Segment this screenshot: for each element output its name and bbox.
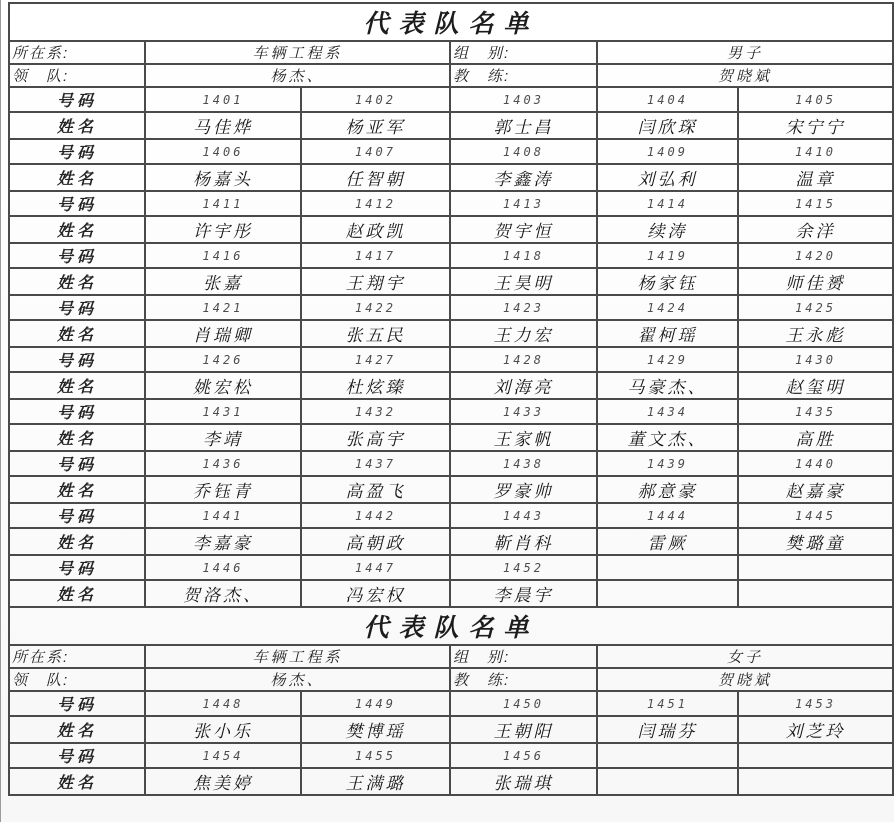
row-label-name: 姓名 xyxy=(9,216,145,243)
number-cell: 1434 xyxy=(597,399,738,424)
number-cell: 1413 xyxy=(450,191,597,216)
name-cell: 李鑫涛 xyxy=(450,164,597,191)
row-label-name: 姓名 xyxy=(9,528,145,555)
number-cell: 1456 xyxy=(450,743,597,768)
name-row: 姓名许宇彤赵政凯贺宇恒续涛余洋 xyxy=(9,216,893,243)
number-cell: 1419 xyxy=(597,243,738,268)
coach-value: 贺晓斌 xyxy=(597,64,893,87)
name-cell: 王永彪 xyxy=(738,320,893,347)
row-label-number: 号码 xyxy=(9,743,145,768)
group-label: 组 别: xyxy=(450,645,597,668)
name-row: 姓名李靖张高宇王家帆董文杰、高胜 xyxy=(9,424,893,451)
name-cell: 刘海亮 xyxy=(450,372,597,399)
number-cell: 1450 xyxy=(450,691,597,716)
number-cell: 1449 xyxy=(301,691,450,716)
name-cell: 王家帆 xyxy=(450,424,597,451)
roster-table-women: 代表队名单 所在系: 车辆工程系 组 别: 女子 领 队: 杨杰、 教 练: 贺… xyxy=(8,606,894,796)
dept-group-row: 所在系: 车辆工程系 组 别: 女子 xyxy=(9,645,893,668)
dept-group-row: 所在系: 车辆工程系 组 别: 男子 xyxy=(9,41,893,64)
name-cell xyxy=(597,580,738,607)
number-cell xyxy=(597,743,738,768)
number-row: 号码14261427142814291430 xyxy=(9,347,893,372)
row-label-number: 号码 xyxy=(9,691,145,716)
name-cell: 雷厥 xyxy=(597,528,738,555)
number-cell: 1403 xyxy=(450,87,597,112)
number-cell: 1414 xyxy=(597,191,738,216)
name-cell: 王满璐 xyxy=(301,768,450,795)
name-cell: 贺宇恒 xyxy=(450,216,597,243)
name-cell: 肖瑞卿 xyxy=(145,320,301,347)
number-cell: 1420 xyxy=(738,243,893,268)
name-cell: 冯宏权 xyxy=(301,580,450,607)
name-row: 姓名焦美婷王满璐张瑞琪 xyxy=(9,768,893,795)
leader-coach-row: 领 队: 杨杰、 教 练: 贺晓斌 xyxy=(9,668,893,691)
name-cell: 李晨宇 xyxy=(450,580,597,607)
number-cell: 1422 xyxy=(301,295,450,320)
row-label-number: 号码 xyxy=(9,451,145,476)
name-row: 姓名肖瑞卿张五民王力宏翟柯瑶王永彪 xyxy=(9,320,893,347)
name-cell: 张小乐 xyxy=(145,716,301,743)
number-cell: 1455 xyxy=(301,743,450,768)
number-row: 号码144614471452 xyxy=(9,555,893,580)
number-cell xyxy=(597,555,738,580)
leader-coach-row: 领 队: 杨杰、 教 练: 贺晓斌 xyxy=(9,64,893,87)
number-cell: 1454 xyxy=(145,743,301,768)
number-cell: 1452 xyxy=(450,555,597,580)
row-label-name: 姓名 xyxy=(9,320,145,347)
number-cell: 1426 xyxy=(145,347,301,372)
number-cell: 1453 xyxy=(738,691,893,716)
coach-value: 贺晓斌 xyxy=(597,668,893,691)
row-label-number: 号码 xyxy=(9,503,145,528)
name-cell: 任智朝 xyxy=(301,164,450,191)
number-row: 号码14361437143814391440 xyxy=(9,451,893,476)
number-cell: 1421 xyxy=(145,295,301,320)
dept-label: 所在系: xyxy=(9,41,145,64)
number-cell xyxy=(738,555,893,580)
name-cell: 贺洛杰、 xyxy=(145,580,301,607)
name-row: 姓名贺洛杰、冯宏权李晨宇 xyxy=(9,580,893,607)
coach-label: 教 练: xyxy=(450,64,597,87)
row-label-name: 姓名 xyxy=(9,768,145,795)
name-cell: 续涛 xyxy=(597,216,738,243)
name-cell xyxy=(597,768,738,795)
name-row: 姓名乔钰青高盈飞罗豪帅郝意豪赵嘉豪 xyxy=(9,476,893,503)
number-row: 号码14411442144314441445 xyxy=(9,503,893,528)
name-cell: 靳肖科 xyxy=(450,528,597,555)
row-label-number: 号码 xyxy=(9,399,145,424)
row-label-name: 姓名 xyxy=(9,372,145,399)
number-row: 号码14111412141314141415 xyxy=(9,191,893,216)
name-cell: 闫瑞芬 xyxy=(597,716,738,743)
name-cell xyxy=(738,768,893,795)
row-label-name: 姓名 xyxy=(9,580,145,607)
number-cell: 1435 xyxy=(738,399,893,424)
name-cell: 樊璐童 xyxy=(738,528,893,555)
number-row: 号码14311432143314341435 xyxy=(9,399,893,424)
name-cell: 刘弘利 xyxy=(597,164,738,191)
leader-value: 杨杰、 xyxy=(145,668,450,691)
name-row: 姓名马佳烨杨亚军郭士昌闫欣琛宋宁宁 xyxy=(9,112,893,139)
row-label-number: 号码 xyxy=(9,191,145,216)
number-cell: 1412 xyxy=(301,191,450,216)
number-cell: 1406 xyxy=(145,139,301,164)
row-label-name: 姓名 xyxy=(9,716,145,743)
group-value: 男子 xyxy=(597,41,893,64)
number-row: 号码145414551456 xyxy=(9,743,893,768)
number-cell: 1448 xyxy=(145,691,301,716)
number-cell: 1442 xyxy=(301,503,450,528)
number-row: 号码14481449145014511453 xyxy=(9,691,893,716)
name-cell xyxy=(738,580,893,607)
name-cell: 高盈飞 xyxy=(301,476,450,503)
name-cell: 郭士昌 xyxy=(450,112,597,139)
number-cell: 1444 xyxy=(597,503,738,528)
number-row: 号码14211422142314241425 xyxy=(9,295,893,320)
name-cell: 董文杰、 xyxy=(597,424,738,451)
name-cell: 杨亚军 xyxy=(301,112,450,139)
row-label-number: 号码 xyxy=(9,87,145,112)
number-cell: 1437 xyxy=(301,451,450,476)
name-row: 姓名杨嘉头任智朝李鑫涛刘弘利温章 xyxy=(9,164,893,191)
row-label-name: 姓名 xyxy=(9,112,145,139)
row-label-name: 姓名 xyxy=(9,476,145,503)
section-title-row: 代表队名单 xyxy=(9,3,893,41)
name-row: 姓名李嘉豪高朝政靳肖科雷厥樊璐童 xyxy=(9,528,893,555)
name-cell: 王昊明 xyxy=(450,268,597,295)
row-label-number: 号码 xyxy=(9,347,145,372)
number-row: 号码14161417141814191420 xyxy=(9,243,893,268)
number-cell: 1402 xyxy=(301,87,450,112)
number-cell: 1408 xyxy=(450,139,597,164)
number-cell: 1409 xyxy=(597,139,738,164)
number-cell: 1445 xyxy=(738,503,893,528)
number-cell: 1415 xyxy=(738,191,893,216)
number-cell: 1424 xyxy=(597,295,738,320)
name-row: 姓名姚宏松杜炫臻刘海亮马豪杰、赵玺明 xyxy=(9,372,893,399)
name-cell: 杨嘉头 xyxy=(145,164,301,191)
dept-value: 车辆工程系 xyxy=(145,645,450,668)
group-label: 组 别: xyxy=(450,41,597,64)
number-cell: 1427 xyxy=(301,347,450,372)
name-cell: 樊博瑶 xyxy=(301,716,450,743)
number-cell: 1416 xyxy=(145,243,301,268)
name-cell: 张瑞琪 xyxy=(450,768,597,795)
number-cell: 1443 xyxy=(450,503,597,528)
coach-label: 教 练: xyxy=(450,668,597,691)
number-cell: 1418 xyxy=(450,243,597,268)
number-cell: 1451 xyxy=(597,691,738,716)
name-cell: 张五民 xyxy=(301,320,450,347)
name-cell: 王力宏 xyxy=(450,320,597,347)
name-cell: 杜炫臻 xyxy=(301,372,450,399)
number-row: 号码14061407140814091410 xyxy=(9,139,893,164)
number-cell: 1425 xyxy=(738,295,893,320)
leader-label: 领 队: xyxy=(9,668,145,691)
name-cell: 赵玺明 xyxy=(738,372,893,399)
name-cell: 李靖 xyxy=(145,424,301,451)
number-row: 号码14011402140314041405 xyxy=(9,87,893,112)
name-cell: 余洋 xyxy=(738,216,893,243)
name-cell: 赵嘉豪 xyxy=(738,476,893,503)
number-cell: 1439 xyxy=(597,451,738,476)
name-cell: 师佳赟 xyxy=(738,268,893,295)
page-title: 代表队名单 xyxy=(9,3,893,41)
number-cell xyxy=(738,743,893,768)
dept-value: 车辆工程系 xyxy=(145,41,450,64)
number-cell: 1428 xyxy=(450,347,597,372)
name-cell: 宋宁宁 xyxy=(738,112,893,139)
number-cell: 1401 xyxy=(145,87,301,112)
number-cell: 1441 xyxy=(145,503,301,528)
group-value: 女子 xyxy=(597,645,893,668)
name-cell: 姚宏松 xyxy=(145,372,301,399)
name-cell: 闫欣琛 xyxy=(597,112,738,139)
number-cell: 1433 xyxy=(450,399,597,424)
name-cell: 焦美婷 xyxy=(145,768,301,795)
number-cell: 1429 xyxy=(597,347,738,372)
number-cell: 1407 xyxy=(301,139,450,164)
name-cell: 温章 xyxy=(738,164,893,191)
scanned-roster-sheet: 代表队名单 所在系: 车辆工程系 组 别: 男子 领 队: 杨杰、 教 练: 贺… xyxy=(0,0,894,822)
name-cell: 罗豪帅 xyxy=(450,476,597,503)
name-cell: 马豪杰、 xyxy=(597,372,738,399)
name-cell: 马佳烨 xyxy=(145,112,301,139)
number-cell: 1405 xyxy=(738,87,893,112)
number-cell: 1411 xyxy=(145,191,301,216)
number-cell: 1436 xyxy=(145,451,301,476)
row-label-number: 号码 xyxy=(9,555,145,580)
name-cell: 王朝阳 xyxy=(450,716,597,743)
row-label-name: 姓名 xyxy=(9,268,145,295)
name-cell: 张嘉 xyxy=(145,268,301,295)
name-row: 姓名张嘉王翔宇王昊明杨家钰师佳赟 xyxy=(9,268,893,295)
number-cell: 1438 xyxy=(450,451,597,476)
name-cell: 刘芝玲 xyxy=(738,716,893,743)
section-title-row: 代表队名单 xyxy=(9,607,893,645)
number-cell: 1423 xyxy=(450,295,597,320)
name-cell: 郝意豪 xyxy=(597,476,738,503)
number-cell: 1404 xyxy=(597,87,738,112)
name-cell: 张高宇 xyxy=(301,424,450,451)
number-cell: 1432 xyxy=(301,399,450,424)
name-cell: 杨家钰 xyxy=(597,268,738,295)
number-cell: 1440 xyxy=(738,451,893,476)
name-cell: 许宇彤 xyxy=(145,216,301,243)
name-cell: 乔钰青 xyxy=(145,476,301,503)
page-title: 代表队名单 xyxy=(9,607,893,645)
number-cell: 1431 xyxy=(145,399,301,424)
roster-table-men: 代表队名单 所在系: 车辆工程系 组 别: 男子 领 队: 杨杰、 教 练: 贺… xyxy=(8,2,894,608)
row-label-number: 号码 xyxy=(9,295,145,320)
name-row: 姓名张小乐樊博瑶王朝阳闫瑞芬刘芝玲 xyxy=(9,716,893,743)
number-cell: 1410 xyxy=(738,139,893,164)
leader-value: 杨杰、 xyxy=(145,64,450,87)
number-cell: 1430 xyxy=(738,347,893,372)
name-cell: 王翔宇 xyxy=(301,268,450,295)
number-cell: 1447 xyxy=(301,555,450,580)
row-label-name: 姓名 xyxy=(9,424,145,451)
row-label-number: 号码 xyxy=(9,243,145,268)
name-cell: 高朝政 xyxy=(301,528,450,555)
name-cell: 赵政凯 xyxy=(301,216,450,243)
name-cell: 翟柯瑶 xyxy=(597,320,738,347)
leader-label: 领 队: xyxy=(9,64,145,87)
number-cell: 1446 xyxy=(145,555,301,580)
name-cell: 李嘉豪 xyxy=(145,528,301,555)
name-cell: 高胜 xyxy=(738,424,893,451)
number-cell: 1417 xyxy=(301,243,450,268)
dept-label: 所在系: xyxy=(9,645,145,668)
row-label-name: 姓名 xyxy=(9,164,145,191)
row-label-number: 号码 xyxy=(9,139,145,164)
